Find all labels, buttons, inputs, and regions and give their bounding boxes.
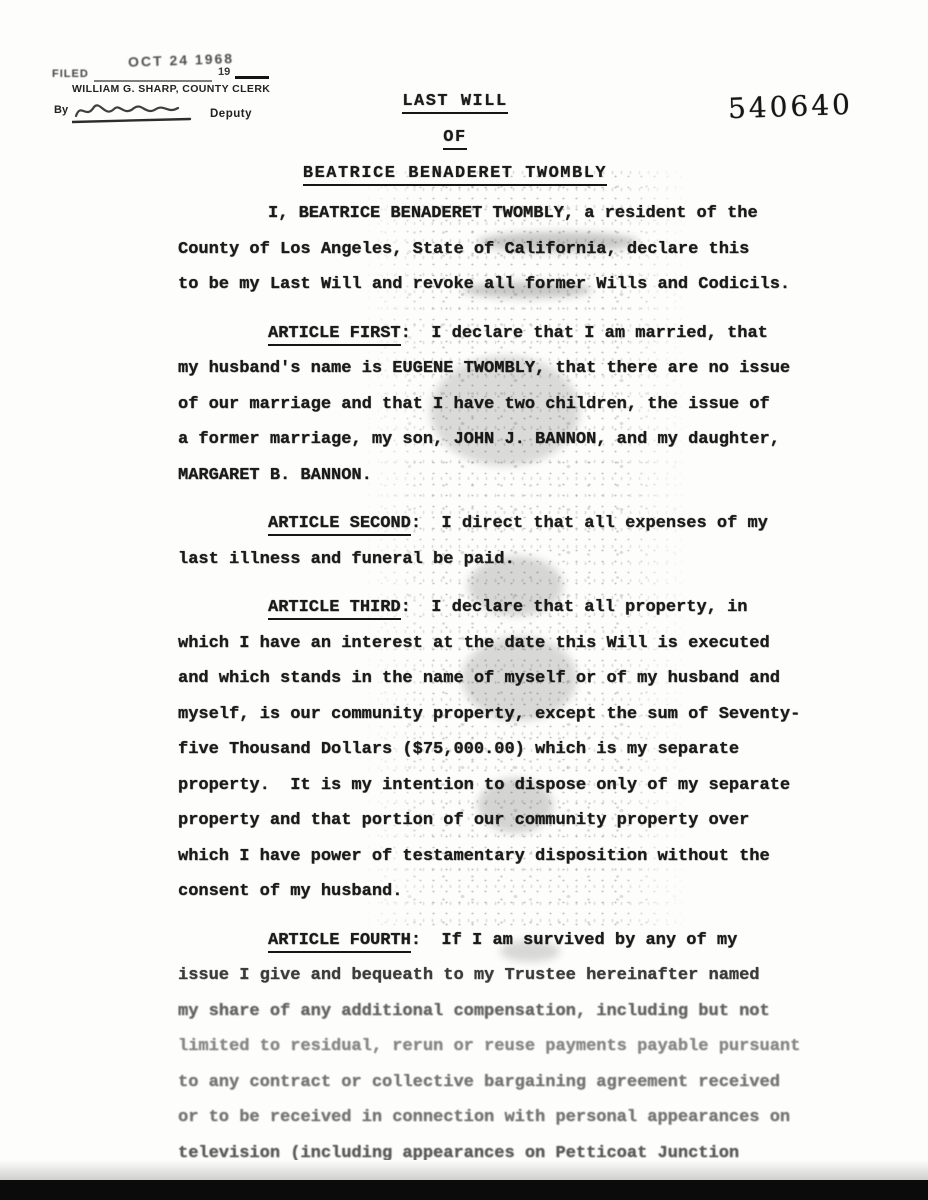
article-fourth-heading: ARTICLE FOURTH xyxy=(268,931,411,953)
article-second-paragraph: ARTICLE SECOND: I direct that all expens… xyxy=(178,506,858,577)
text-line: which I have power of testamentary dispo… xyxy=(178,839,858,875)
text-line: issue I give and bequeath to my Trustee … xyxy=(178,958,858,994)
article-second-heading: ARTICLE SECOND xyxy=(268,514,411,536)
intro-paragraph: I, BEATRICE BENADERET TWOMBLY, a residen… xyxy=(178,196,858,303)
filed-label: FILED xyxy=(52,68,89,80)
title-line-3: BEATRICE BENADERET TWOMBLY xyxy=(140,156,770,192)
by-label: By xyxy=(54,104,68,116)
text-line: or to be received in connection with per… xyxy=(178,1100,858,1136)
will-body: I, BEATRICE BENADERET TWOMBLY, a residen… xyxy=(178,196,858,1184)
scan-edge-bar xyxy=(0,1180,928,1200)
text-line: and which stands in the name of myself o… xyxy=(178,661,858,697)
text-line: limited to residual, rerun or reuse paym… xyxy=(178,1029,858,1065)
text-line: myself, is our community property, excep… xyxy=(178,697,858,733)
text-line: my share of any additional compensation,… xyxy=(178,994,858,1030)
heading-suffix: : If I am survived by any of my xyxy=(411,931,737,950)
text-line: which I have an interest at the date thi… xyxy=(178,626,858,662)
text-line: County of Los Angeles, State of Californ… xyxy=(178,232,858,268)
article-first-heading: ARTICLE FIRST xyxy=(268,324,401,346)
text-line: five Thousand Dollars ($75,000.00) which… xyxy=(178,732,858,768)
text-line: last illness and funeral be paid. xyxy=(178,542,858,578)
text-line: to any contract or collective bargaining… xyxy=(178,1065,858,1101)
heading-suffix: : I declare that I am married, that xyxy=(401,324,768,343)
scan-shadow-band xyxy=(0,1160,928,1180)
stamp-rule xyxy=(94,80,212,82)
text-line: consent of my husband. xyxy=(178,874,858,910)
article-fourth-paragraph: ARTICLE FOURTH: If I am survived by any … xyxy=(178,923,858,1172)
scanned-will-page: OCT 24 1968 FILED 19 WILLIAM G. SHARP, C… xyxy=(0,0,928,1200)
text-line: to be my Last Will and revoke all former… xyxy=(178,267,858,303)
title-line-1: LAST WILL xyxy=(140,84,770,120)
stamp-rule-short xyxy=(235,76,269,79)
text-line: ARTICLE FIRST: I declare that I am marri… xyxy=(178,316,858,352)
text-line: a former marriage, my son, JOHN J. BANNO… xyxy=(178,422,858,458)
title-line-2: OF xyxy=(140,120,770,156)
text-line: MARGARET B. BANNON. xyxy=(178,458,858,494)
text-line: ARTICLE SECOND: I direct that all expens… xyxy=(178,506,858,542)
text-line: property and that portion of our communi… xyxy=(178,803,858,839)
text-line: I, BEATRICE BENADERET TWOMBLY, a residen… xyxy=(178,196,858,232)
text-line: ARTICLE THIRD: I declare that all proper… xyxy=(178,590,858,626)
heading-suffix: : I declare that all property, in xyxy=(401,598,748,617)
text-line: property. It is my intention to dispose … xyxy=(178,768,858,804)
text-line: ARTICLE FOURTH: If I am survived by any … xyxy=(178,923,858,959)
heading-suffix: : I direct that all expenses of my xyxy=(411,514,768,533)
text-line: of our marriage and that I have two chil… xyxy=(178,387,858,423)
year-prefix: 19 xyxy=(218,66,230,78)
text-line: my husband's name is EUGENE TWOMBLY, tha… xyxy=(178,351,858,387)
title-block: LAST WILL OF BEATRICE BENADERET TWOMBLY xyxy=(140,84,770,192)
article-first-paragraph: ARTICLE FIRST: I declare that I am marri… xyxy=(178,316,858,494)
article-third-heading: ARTICLE THIRD xyxy=(268,598,401,620)
article-third-paragraph: ARTICLE THIRD: I declare that all proper… xyxy=(178,590,858,910)
